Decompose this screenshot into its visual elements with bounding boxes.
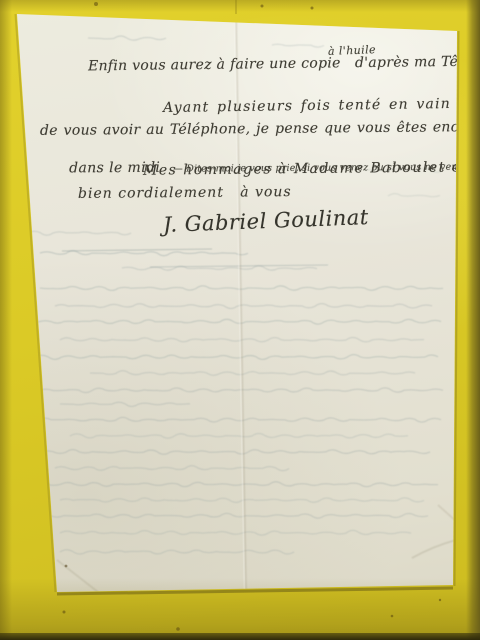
letter-paper: à l'huile Enfin vous aurez à faire une c… (0, 0, 480, 640)
photo-edge-top-shadow (0, 0, 480, 12)
photo-background: à l'huile Enfin vous aurez à faire une c… (0, 0, 480, 640)
photo-edge-left-shadow (0, 0, 12, 640)
handwritten-line-3: de vous avoir au Téléphone, je pense que… (40, 120, 480, 138)
handwritten-line-5: Mes hommages à Madame Baboulet et (143, 160, 469, 177)
photo-edge-bottom-band (0, 633, 480, 640)
handwritten-line-1: Enfin vous aurez à faire une copie d'apr… (88, 55, 478, 74)
photo-edge-right-shadow (466, 0, 480, 640)
signature: J. Gabriel Goulinat (163, 207, 369, 236)
handwritten-line-2: Ayant plusieurs fois tenté en vain (163, 97, 451, 115)
handwritten-line-6: bien cordialement à vous (78, 185, 292, 201)
